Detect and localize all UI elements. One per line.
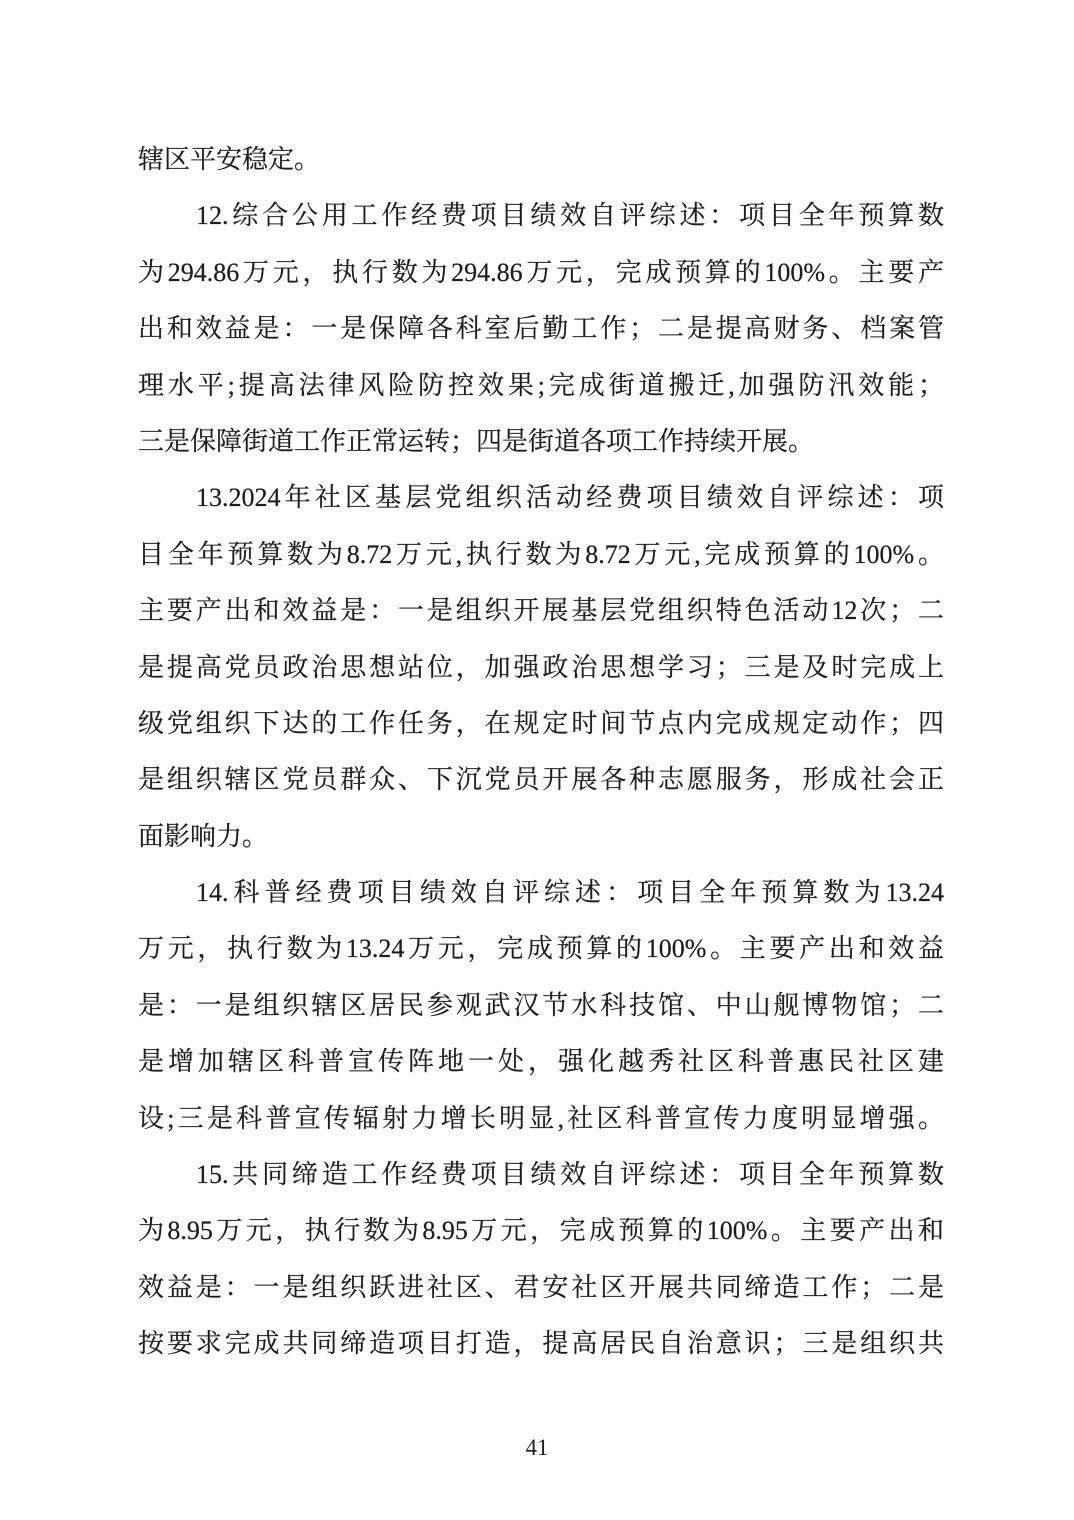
- text-line: 主要产出和效益是：一是组织开展基层党组织特色活动12次；二: [138, 583, 944, 639]
- text-line: 是提高党员政治思想站位，加强政治思想学习；三是及时完成上: [138, 640, 944, 696]
- text-line: 目全年预算数为8.72万元,执行数为8.72万元,完成预算的100%。: [138, 527, 944, 583]
- text-line: 是增加辖区科普宣传阵地一处，强化越秀社区科普惠民社区建: [138, 1034, 944, 1090]
- page-number: 41: [0, 1432, 1074, 1464]
- document-page: 辖区平安稳定。12.综合公用工作经费项目绩效自评综述：项目全年预算数为294.8…: [0, 0, 1074, 1520]
- text-line: 万元，执行数为13.24万元，完成预算的100%。主要产出和效益: [138, 921, 944, 977]
- text-line: 辖区平安稳定。: [138, 132, 944, 188]
- text-block: 辖区平安稳定。12.综合公用工作经费项目绩效自评综述：项目全年预算数为294.8…: [138, 132, 944, 1373]
- text-line: 12.综合公用工作经费项目绩效自评综述：项目全年预算数: [138, 188, 944, 244]
- text-line: 15.共同缔造工作经费项目绩效自评综述：项目全年预算数: [138, 1147, 944, 1203]
- text-line: 三是保障街道工作正常运转；四是街道各项工作持续开展。: [138, 414, 944, 470]
- text-line: 理水平;提高法律风险防控效果;完成街道搬迁,加强防汛效能；: [138, 358, 944, 414]
- text-line: 按要求完成共同缔造项目打造，提高居民自治意识；三是组织共: [138, 1316, 944, 1372]
- text-line: 设;三是科普宣传辐射力增长明显,社区科普宣传力度明显增强。: [138, 1091, 944, 1147]
- text-line: 级党组织下达的工作任务，在规定时间节点内完成规定动作；四: [138, 696, 944, 752]
- text-line: 是组织辖区党员群众、下沉党员开展各种志愿服务，形成社会正: [138, 752, 944, 808]
- text-line: 出和效益是：一是保障各科室后勤工作；二是提高财务、档案管: [138, 301, 944, 357]
- text-line: 为294.86万元，执行数为294.86万元，完成预算的100%。主要产: [138, 245, 944, 301]
- text-line: 效益是：一是组织跃进社区、君安社区开展共同缔造工作；二是: [138, 1260, 944, 1316]
- text-line: 面影响力。: [138, 809, 944, 865]
- text-line: 为8.95万元，执行数为8.95万元，完成预算的100%。主要产出和: [138, 1203, 944, 1259]
- text-line: 14.科普经费项目绩效自评综述：项目全年预算数为13.24: [138, 865, 944, 921]
- text-line: 13.2024年社区基层党组织活动经费项目绩效自评综述：项: [138, 470, 944, 526]
- text-line: 是：一是组织辖区居民参观武汉节水科技馆、中山舰博物馆；二: [138, 978, 944, 1034]
